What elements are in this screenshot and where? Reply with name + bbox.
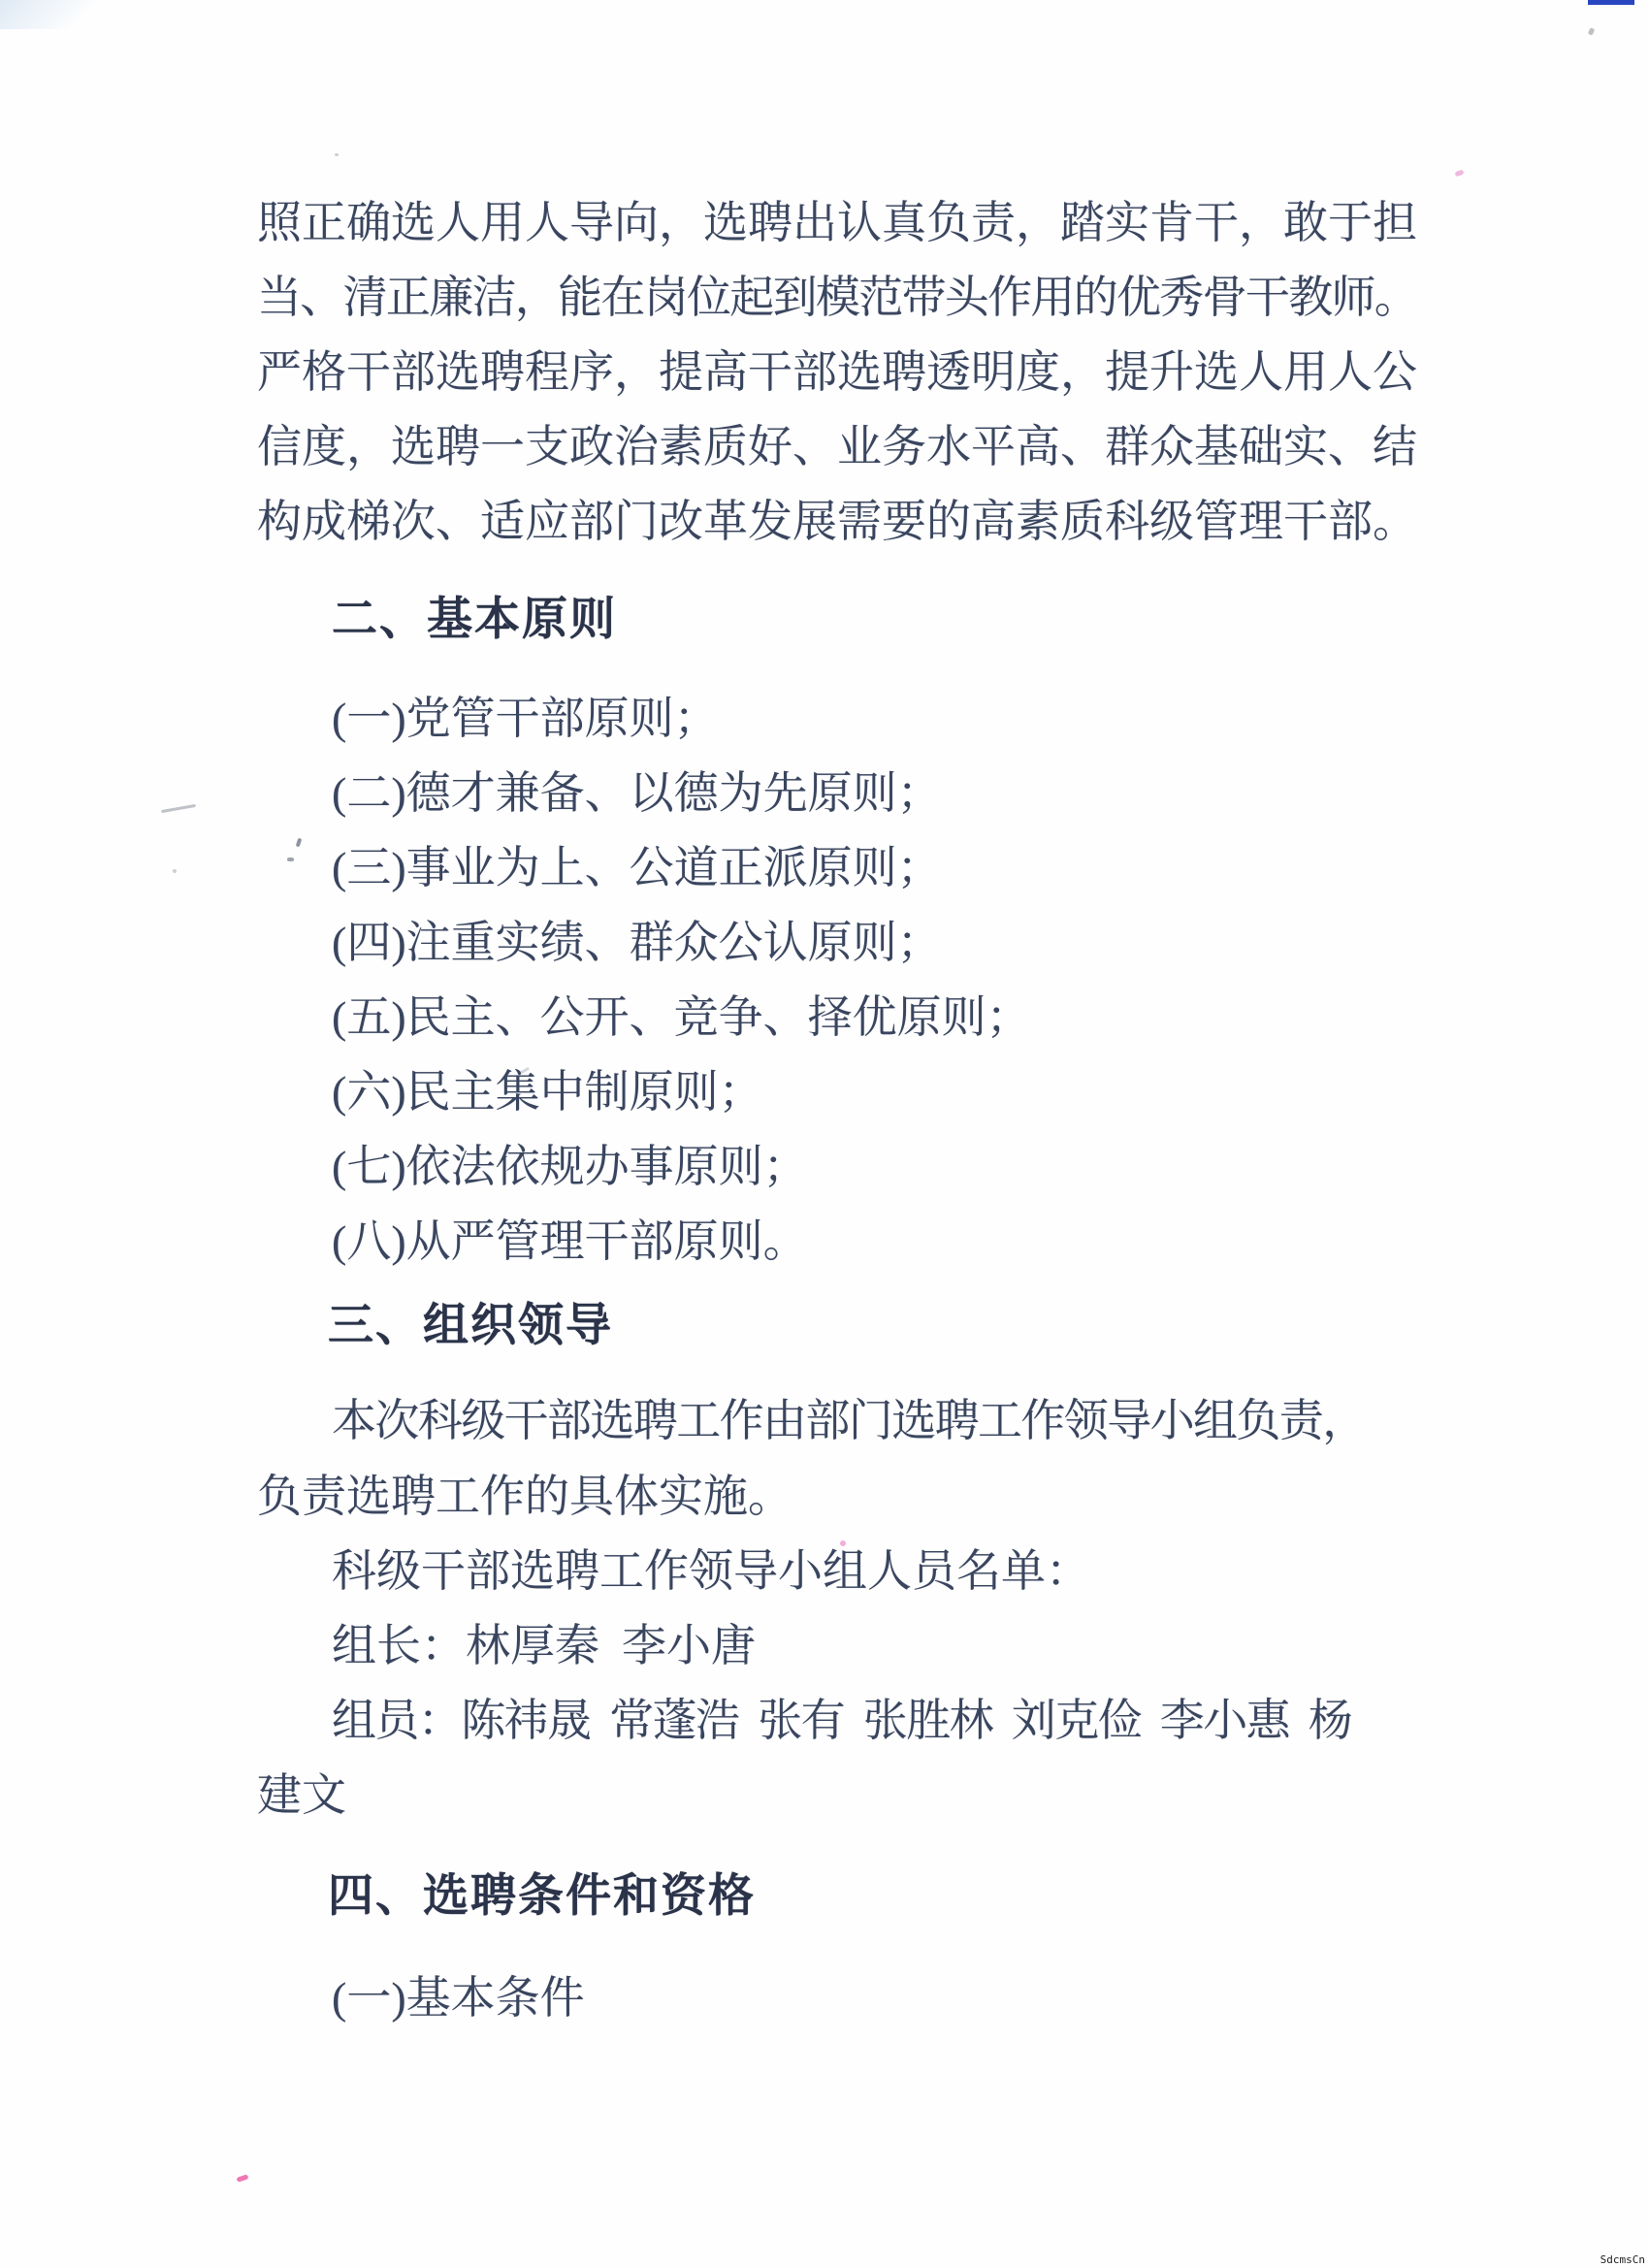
faint-dot [335,153,339,156]
body-line: 构成梯次、适应部门改革发展需要的高素质科级管理干部。 [257,496,1417,548]
list-item: (八)从严管理干部原则。 [332,1215,808,1268]
body-line: 负责选聘工作的具体实施。 [257,1471,792,1523]
tick-mark [287,858,294,861]
list-item: (三)事业为上、公道正派原则； [332,842,942,894]
list-item: (四)注重实绩、群众公认原则； [332,917,942,969]
scanned-document-page: 照正确选人用人导向，选聘出认真负责，踏实肯干，敢于担 当、清正廉洁，能在岗位起到… [0,0,1649,2268]
section-heading-2: 二、基本原则 [332,594,617,647]
section-heading-4: 四、选聘条件和资格 [328,1870,756,1924]
roster-members: 组员：陈祎晟 常蓬浩 张有 张胜林 刘克俭 李小惠 杨 [332,1695,1351,1747]
body-line: 照正确选人用人导向，选聘出认真负责，踏实肯干，敢于担 [257,197,1417,249]
gray-speck [173,869,177,873]
site-watermark: SdcmsCn [1600,2253,1645,2266]
list-item: (二)德才兼备、以德为先原则； [332,767,942,820]
sub-item: (一)基本条件 [332,1972,585,2025]
body-line: 当、清正廉洁，能在岗位起到模范带头作用的优秀骨干教师。 [257,272,1417,324]
body-line: 严格干部选聘程序，提高干部选聘透明度，提升选人用人公 [257,346,1417,399]
body-line: 本次科级干部选聘工作由部门选聘工作领导小组负责， [332,1395,1366,1447]
list-item: (六)民主集中制原则； [332,1066,763,1118]
body-line: 信度，选聘一支政治素质好、业务水平高、群众基础实、结 [257,421,1417,473]
pink-speck [1454,170,1464,178]
roster-leaders: 组长：林厚秦 李小唐 [332,1620,756,1672]
roster-members-continuation: 建文 [257,1769,346,1822]
list-item: (五)民主、公开、竞争、择优原则； [332,991,1031,1044]
tick-mark [296,838,303,848]
pencil-dash [161,804,196,813]
scanner-edge-blue-bar [1588,0,1634,5]
pink-speck [237,2174,249,2182]
gray-speck [1588,27,1595,35]
list-item: (一)党管干部原则； [332,693,719,745]
list-item: (七)依法依规办事原则； [332,1141,808,1193]
roster-title: 科级干部选聘工作领导小组人员名单： [332,1545,1090,1598]
section-heading-3: 三、组织领导 [328,1300,613,1353]
